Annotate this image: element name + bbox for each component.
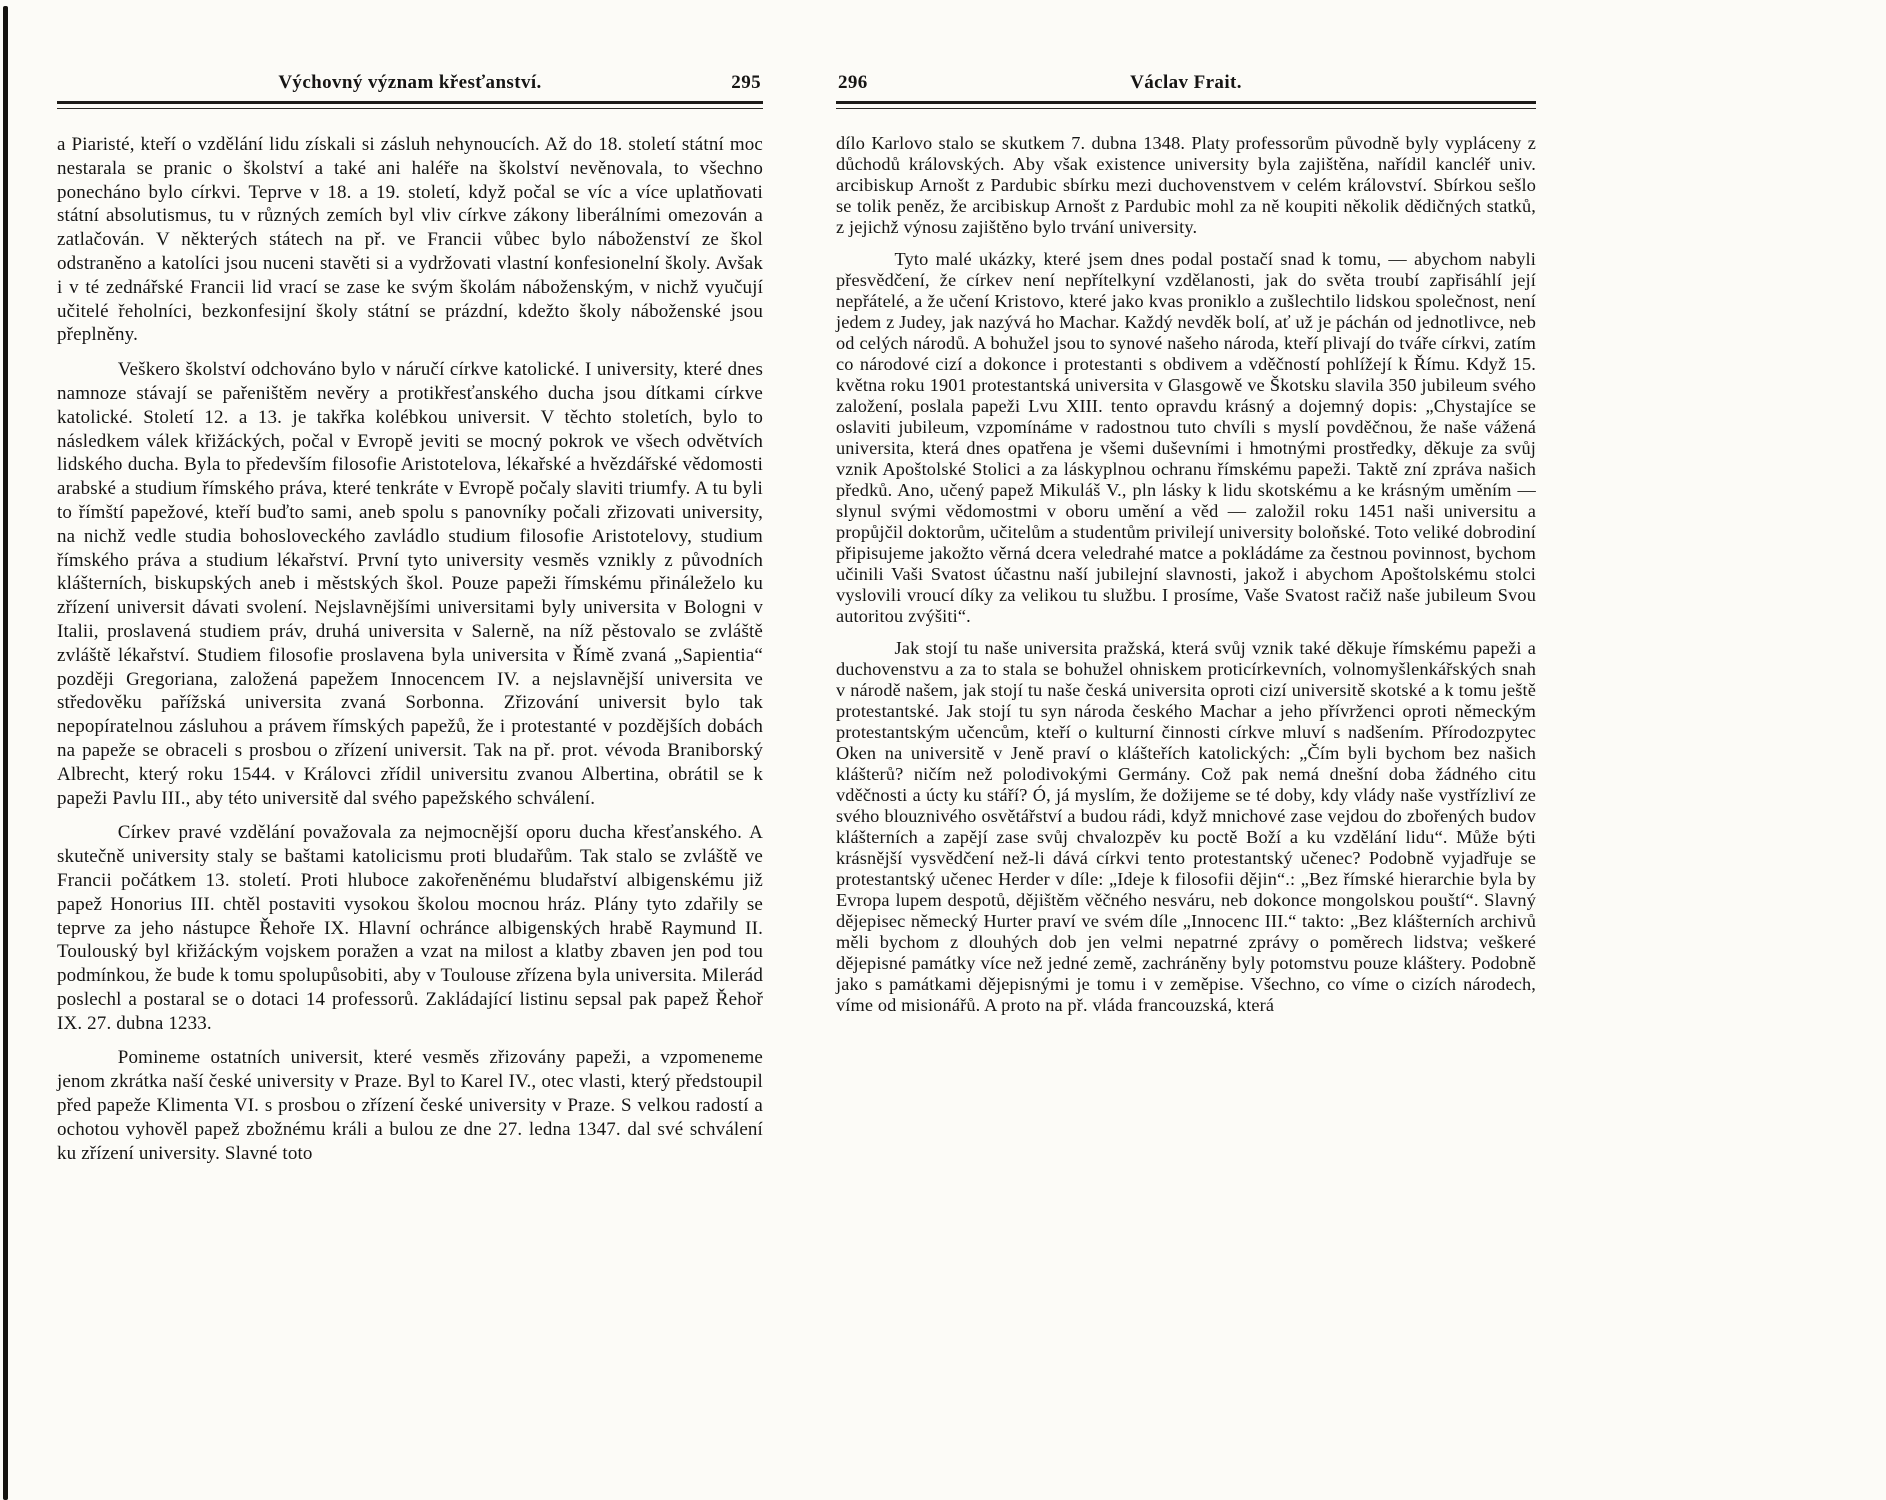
paragraph: Církev pravé vzdělání považovala za nejm… bbox=[57, 821, 763, 1035]
scan-gutter-edge bbox=[3, 6, 8, 1500]
right-page-header: 296 Václav Frait. bbox=[836, 72, 1536, 98]
left-page: Výchovný význam křesťanství. 295 a Piari… bbox=[57, 72, 763, 1165]
paragraph: a Piaristé, kteří o vzdělání lidu získal… bbox=[57, 133, 763, 347]
left-page-number: 295 bbox=[731, 72, 761, 94]
right-page-body: dílo Karlovo stalo se skutkem 7. dubna 1… bbox=[836, 133, 1536, 1016]
right-running-title: Václav Frait. bbox=[836, 72, 1536, 94]
right-page: 296 Václav Frait. dílo Karlovo stalo se … bbox=[836, 72, 1536, 1016]
right-header-rule bbox=[836, 101, 1536, 109]
right-page-number: 296 bbox=[838, 72, 868, 94]
left-header-rule bbox=[57, 101, 763, 109]
paragraph: Pomineme ostatních universit, které vesm… bbox=[57, 1046, 763, 1165]
left-page-header: Výchovný význam křesťanství. 295 bbox=[57, 72, 763, 98]
paragraph: Veškero školství odchováno bylo v náručí… bbox=[57, 358, 763, 810]
left-page-body: a Piaristé, kteří o vzdělání lidu získal… bbox=[57, 133, 763, 1165]
paragraph: dílo Karlovo stalo se skutkem 7. dubna 1… bbox=[836, 133, 1536, 238]
left-running-title: Výchovný význam křesťanství. bbox=[57, 72, 763, 94]
paragraph: Jak stojí tu naše universita pražská, kt… bbox=[836, 638, 1536, 1016]
paragraph: Tyto malé ukázky, které jsem dnes podal … bbox=[836, 249, 1536, 627]
